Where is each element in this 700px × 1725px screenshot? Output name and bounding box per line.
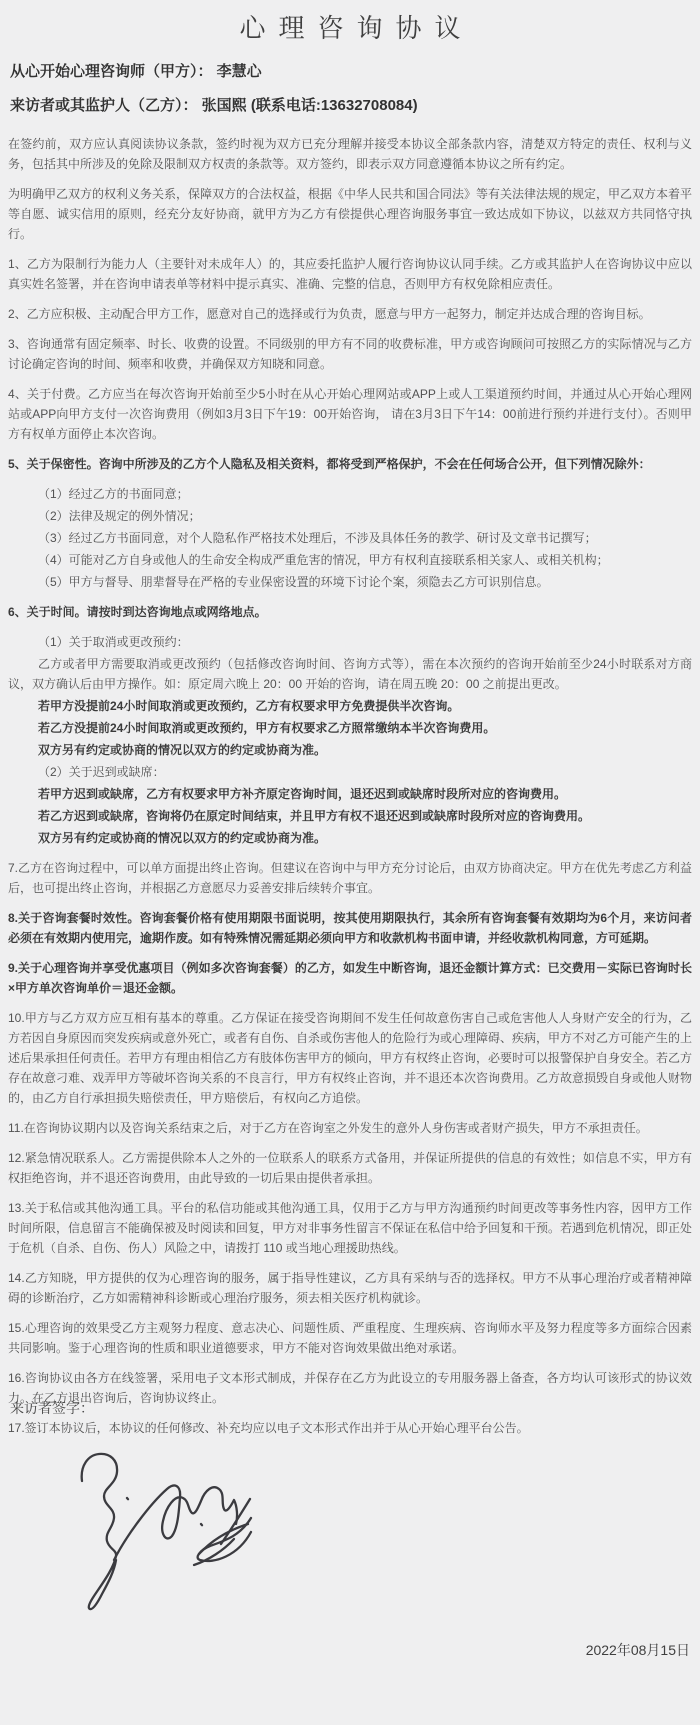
agreement-paragraph: 10.甲方与乙方双方应互相有基本的尊重。乙方保证在接受咨询期间不发生任何故意伤害… xyxy=(8,1008,692,1108)
counselor-party-line: 从心开始心理咨询师（甲方）： 李慧心 xyxy=(10,61,690,82)
agreement-paragraph: 2、乙方应积极、主动配合甲方工作，愿意对自己的选择或行为负责，愿意与甲方一起努力… xyxy=(8,304,692,324)
agreement-paragraph: （2）法律及规定的例外情况； xyxy=(8,506,692,526)
agreement-paragraph: 若甲方迟到或缺席，乙方有权要求甲方补齐原定咨询时间，退还迟到或缺席时段所对应的咨… xyxy=(8,784,692,804)
agreement-paragraph: 15.心理咨询的效果受乙方主观努力程度、意志决心、问题性质、严重程度、生理疾病、… xyxy=(8,1318,692,1358)
agreement-paragraph: 8.关于咨询套餐时效性。咨询套餐价格有使用期限书面说明，按其使用期限执行，其余所… xyxy=(8,908,692,948)
agreement-body: 在签约前，双方应认真阅读协议条款，签约时视为双方已充分理解并接受本协议全部条款内… xyxy=(8,134,692,1438)
client-party-line: 来访者或其监护人（乙方）： 张国熙 (联系电话:13632708084) xyxy=(10,95,690,116)
agreement-paragraph: 双方另有约定或协商的情况以双方的约定或协商为准。 xyxy=(8,828,692,848)
agreement-paragraph: 若甲方没提前24小时间取消或更改预约，乙方有权要求甲方免费提供半次咨询。 xyxy=(8,696,692,716)
agreement-paragraph: 14.乙方知晓，甲方提供的仅为心理咨询的服务，属于指导性建议，乙方具有采纳与否的… xyxy=(8,1268,692,1308)
agreement-paragraph: 若乙方迟到或缺席，咨询将仍在原定时间结束，并且甲方有权不退还迟到或缺席时段所对应… xyxy=(8,806,692,826)
agreement-paragraph: （1）关于取消或更改预约： xyxy=(8,632,692,652)
agreement-document: 心理咨询协议 从心开始心理咨询师（甲方）： 李慧心 来访者或其监护人（乙方）： … xyxy=(0,0,700,1725)
agreement-paragraph: 乙方或者甲方需要取消或更改预约（包括修改咨询时间、咨询方式等），需在本次预约的咨… xyxy=(8,654,692,694)
agreement-paragraph: 6、关于时间。请按时到达咨询地点或网络地点。 xyxy=(8,602,692,622)
agreement-paragraph: （4）可能对乙方自身或他人的生命安全构成严重危害的情况，甲方有权利直接联系相关家… xyxy=(8,550,692,570)
agreement-paragraph: 9.关于心理咨询并享受优惠项目（例如多次咨询套餐）的乙方，如发生中断咨询，退还金… xyxy=(8,958,692,998)
agreement-paragraph: 4、关于付费。乙方应当在每次咨询开始前至少5小时在从心开始心理网站或APP上或人… xyxy=(8,384,692,444)
agreement-paragraph: 双方另有约定或协商的情况以双方的约定或协商为准。 xyxy=(8,740,692,760)
agreement-paragraph: 为明确甲乙双方的权利义务关系，保障双方的合法权益，根据《中华人民共和国合同法》等… xyxy=(8,184,692,244)
agreement-paragraph: 11.在咨询协议期内以及咨询关系结束之后，对于乙方在咨询室之外发生的意外人身伤害… xyxy=(8,1118,692,1138)
agreement-paragraph: 12.紧急情况联系人。乙方需提供除本人之外的一位联系人的联系方式备用，并保证所提… xyxy=(8,1148,692,1188)
signature-date: 2022年08月15日 xyxy=(586,1640,690,1660)
agreement-paragraph: 在签约前，双方应认真阅读协议条款，签约时视为双方已充分理解并接受本协议全部条款内… xyxy=(8,134,692,174)
agreement-paragraph: 13.关于私信或其他沟通工具。平台的私信功能或其他沟通工具，仅用于乙方与甲方沟通… xyxy=(8,1198,692,1258)
agreement-paragraph: 7.乙方在咨询过程中，可以单方面提出终止咨询。但建议在咨询中与甲方充分讨论后，由… xyxy=(8,858,692,898)
agreement-paragraph: 5、关于保密性。咨询中所涉及的乙方个人隐私及相关资料，都将受到严格保护，不会在任… xyxy=(8,454,692,474)
signature-section: 来访者签字： 2022年08月15日 xyxy=(10,1398,690,1614)
page-title: 心理咨询协议 xyxy=(8,8,692,45)
agreement-paragraph: 3、咨询通常有固定频率、时长、收费的设置。不同级别的甲方有不同的收费标准，甲方或… xyxy=(8,334,692,374)
agreement-paragraph: （2）关于迟到或缺席： xyxy=(8,762,692,782)
agreement-paragraph: （3）经过乙方书面同意，对个人隐私作严格技术处理后，不涉及具体任务的教学、研讨及… xyxy=(8,528,692,548)
agreement-paragraph: 若乙方没提前24小时间取消或更改预约，甲方有权要求乙方照常缴纳本半次咨询费用。 xyxy=(8,718,692,738)
agreement-paragraph: （5）甲方与督导、朋辈督导在严格的专业保密设置的环境下讨论个案，须隐去乙方可识别… xyxy=(8,572,692,592)
visitor-signature-drawing xyxy=(54,1444,259,1614)
visitor-signature-label: 来访者签字： xyxy=(10,1398,690,1418)
agreement-paragraph: 1、乙方为限制行为能力人（主要针对未成年人）的，其应委托监护人履行咨询协议认同手… xyxy=(8,254,692,294)
agreement-paragraph: （1）经过乙方的书面同意； xyxy=(8,484,692,504)
